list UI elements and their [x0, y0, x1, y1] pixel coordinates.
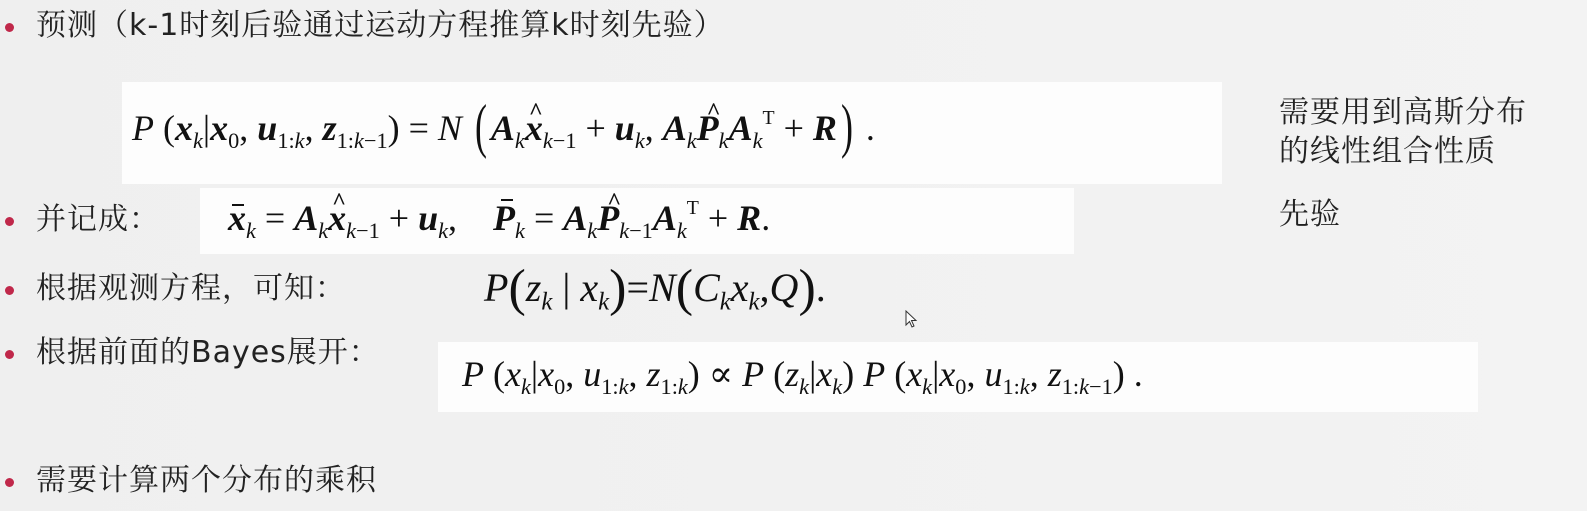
bullet-dot: [5, 286, 14, 295]
bullet-dot: [5, 350, 14, 359]
formula-notation: xk = Akxk−1 + uk, Pk = AkPk−1AkT + R.: [228, 196, 770, 240]
side-note-prior: 先验: [1279, 196, 1341, 234]
side-note-gaussian-line2: 的线性组合性质: [1279, 133, 1496, 171]
bullet-text-prediction: 预测（k-1时刻后验通过运动方程推算k时刻先验）: [36, 8, 725, 44]
bullet-dot: [5, 217, 14, 226]
bullet-text-product: 需要计算两个分布的乘积: [36, 463, 377, 499]
formula-observation: P(zk | xk)=N(Ckxk,Q).: [484, 266, 826, 311]
formula-bayes: P (xk|x0, u1:k, z1:k) ∝ P (zk|xk) P (xk|…: [462, 352, 1143, 396]
bullet-text-bayes: 根据前面的Bayes展开：: [36, 335, 380, 371]
bullet-dot: [5, 478, 14, 487]
side-note-gaussian-line1: 需要用到高斯分布: [1279, 94, 1527, 132]
bullet-dot: [5, 23, 14, 32]
mouse-cursor-icon: [905, 310, 919, 330]
bullet-text-notation: 并记成：: [36, 202, 160, 238]
formula-prediction: P (xk|x0, u1:k, z1:k−1) = N (Akxk−1 + uk…: [132, 104, 875, 150]
bullet-text-observation: 根据观测方程，可知：: [36, 271, 346, 307]
